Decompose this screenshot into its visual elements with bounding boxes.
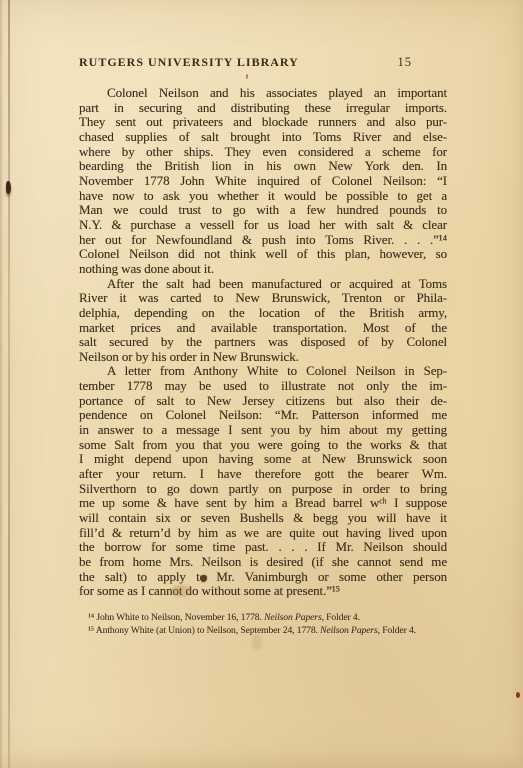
page-gutter-crease <box>8 0 10 768</box>
footnote-15: ¹⁵ Anthony White (at Union) to Neilson, … <box>88 624 454 637</box>
body-line: November 1778 John White inquired of Col… <box>79 174 447 189</box>
running-head: RUTGERS UNIVERSITY LIBRARY 15 <box>79 55 412 70</box>
footnote-text: ¹⁵ Anthony White (at Union) to Neilson, … <box>88 625 320 636</box>
footnote-text: ¹⁴ John White to Neilson, November 16, 1… <box>88 612 264 623</box>
body-line: where by other ships. They even consider… <box>79 145 447 160</box>
header-speck <box>246 74 248 79</box>
body-line: be from home Mrs. Neilson is desired (if… <box>79 555 447 570</box>
gutter-ink-speck <box>6 181 11 194</box>
body-line: Silverthorn to go down partly on purpose… <box>79 482 447 497</box>
body-line: chased supplies of salt brought into Tom… <box>79 130 447 145</box>
footnotes: ¹⁴ John White to Neilson, November 16, 1… <box>88 611 454 637</box>
page-gutter-edge <box>0 0 8 768</box>
edge-red-speck <box>516 692 520 698</box>
body-line: N.Y. & purchase a vessell for us load he… <box>79 218 447 233</box>
body-line: I might depend upon having some at New B… <box>79 452 447 467</box>
running-title: RUTGERS UNIVERSITY LIBRARY <box>79 55 299 70</box>
body-line: River it was carted to New Brunswick, Tr… <box>79 291 447 306</box>
body-line: tember 1778 may be used to illustrate no… <box>79 379 447 394</box>
footnote-text: , Folder 4. <box>322 612 360 623</box>
body-line: market prices and available transportati… <box>79 321 447 336</box>
body-line: fill’d & return’d by him as we are quite… <box>79 526 447 541</box>
body-line: after your return. I have therefore gott… <box>79 467 447 482</box>
paper-smudge <box>171 585 191 597</box>
body-line: the borrow for some time past. . . . If … <box>79 540 447 555</box>
body-line: me up some & have sent by him a Bread ba… <box>79 496 447 511</box>
body-line: Man we could trust to go with a few hund… <box>79 203 447 218</box>
footnote-source-title: Neilson Papers <box>320 625 378 636</box>
body-line: Colonel Neilson and his associates playe… <box>79 86 447 101</box>
body-line: the salt) to apply to Mr. Vanimburgh or … <box>79 570 447 585</box>
body-line: portance of salt to New Jersey citizens … <box>79 394 447 409</box>
body-line: for some as I cannot do without some at … <box>79 584 447 599</box>
body-line: some Salt from you that you were going t… <box>79 438 447 453</box>
body-line: Neilson or by his order in New Brunswick… <box>79 350 447 365</box>
body-line: part in securing and distributing these … <box>79 101 447 116</box>
body-line: salt secured by the partners was dispose… <box>79 335 447 350</box>
body-line: nothing was done about it. <box>79 262 447 277</box>
footnote-source-title: Neilson Papers <box>264 612 322 623</box>
body-line: her out for Newfoundland & push into Tom… <box>79 233 447 248</box>
body-line: bearding the British lion in his own New… <box>79 159 447 174</box>
body-line: pendence on Colonel Neilson: “Mr. Patter… <box>79 408 447 423</box>
body-line: After the salt had been manufactured or … <box>79 277 447 292</box>
page-number: 15 <box>398 55 413 70</box>
body-line: A letter from Anthony White to Colonel N… <box>79 364 447 379</box>
footnote-14: ¹⁴ John White to Neilson, November 16, 1… <box>88 611 454 624</box>
body-line: have now to ask you whether it would be … <box>79 189 447 204</box>
body-line: in answer to a message I sent you by him… <box>79 423 447 438</box>
body-line: will contain six or seven Bushells & beg… <box>79 511 447 526</box>
footnote-text: , Folder 4. <box>378 625 416 636</box>
body-line: delphia, depending on the location of th… <box>79 306 447 321</box>
body-text: Colonel Neilson and his associates playe… <box>79 86 447 599</box>
paper-stain <box>252 634 262 650</box>
body-line: Colonel Neilson did not think well of th… <box>79 247 447 262</box>
book-page-scan: RUTGERS UNIVERSITY LIBRARY 15 Colonel Ne… <box>0 0 523 768</box>
body-line: They sent out privateers and blockade ru… <box>79 115 447 130</box>
